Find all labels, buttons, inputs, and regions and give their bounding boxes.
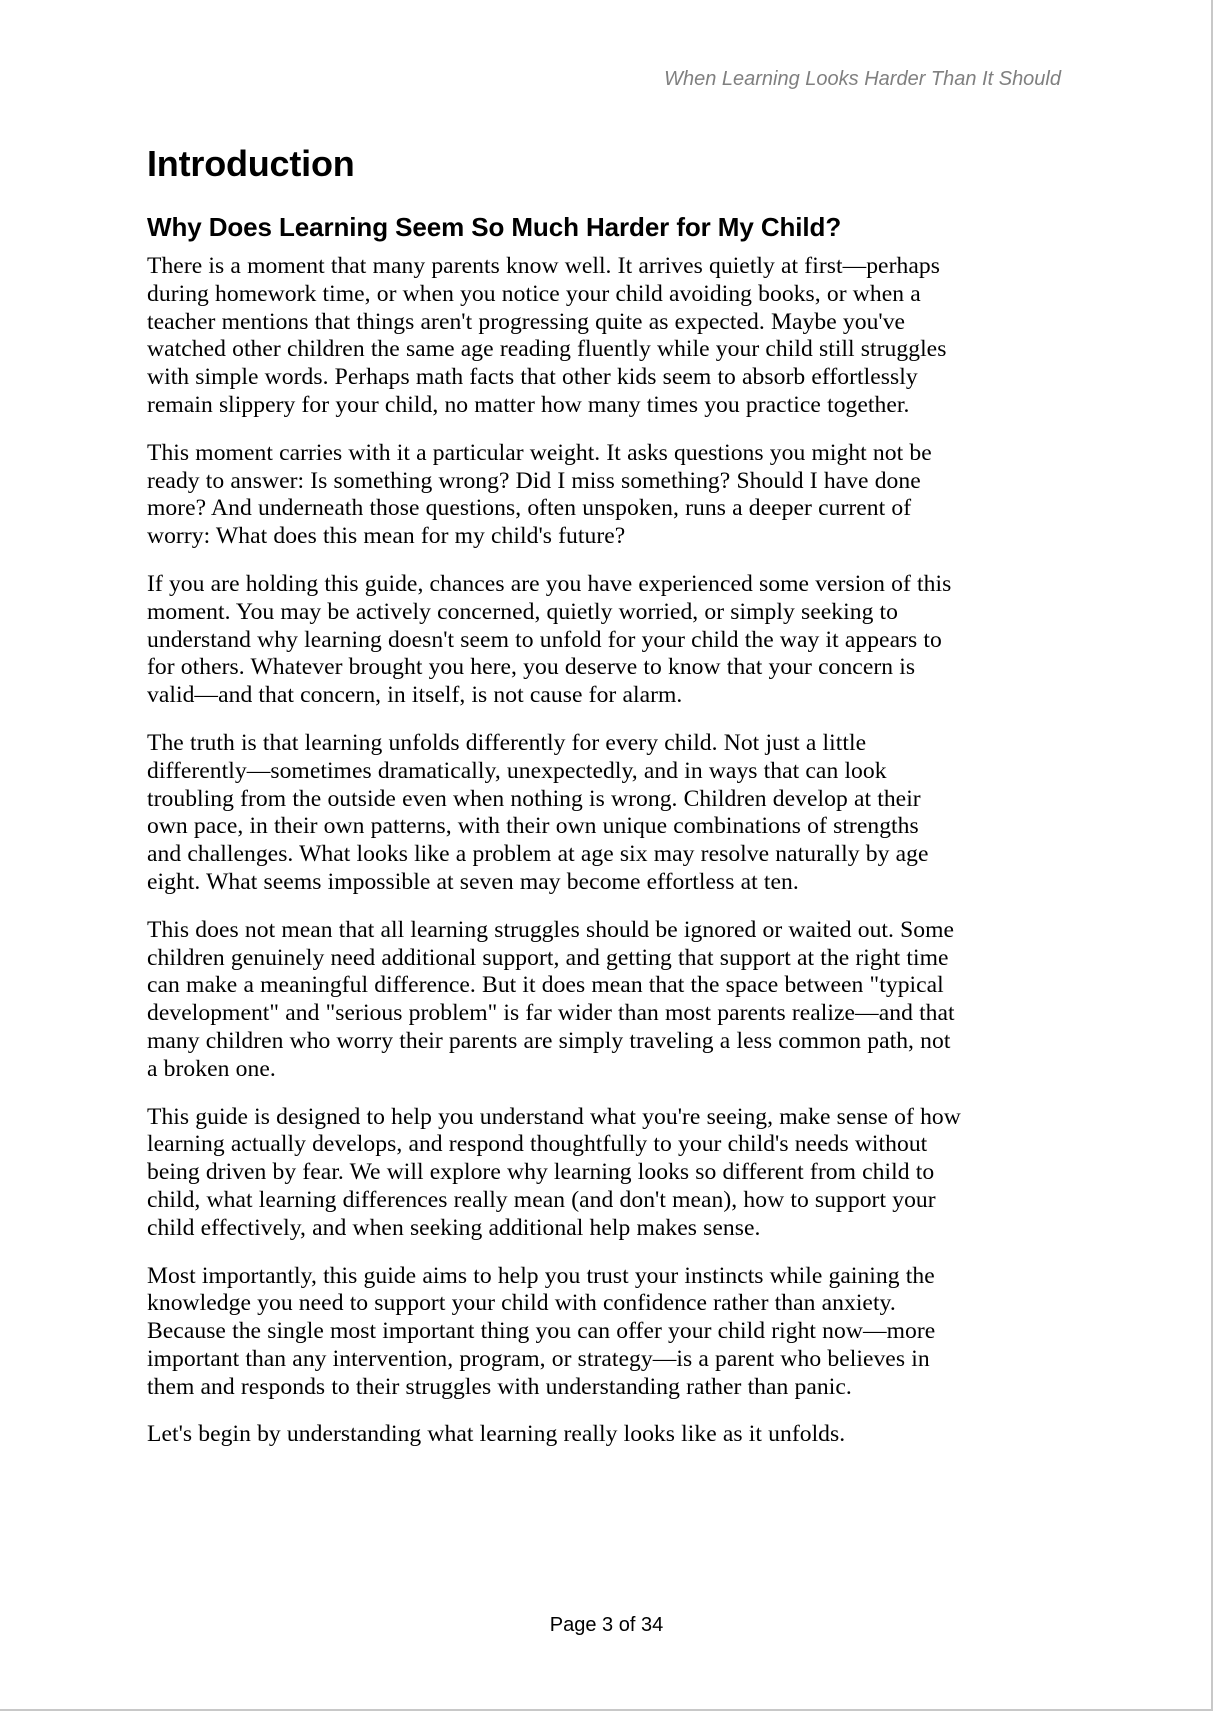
text-line: This guide is designed to help you under… [147,1104,1077,1132]
text-line: This moment carries with it a particular… [147,440,1077,468]
text-line: This does not mean that all learning str… [147,917,1077,945]
text-line: knowledge you need to support your child… [147,1290,1077,1318]
text-line: children genuinely need additional suppo… [147,945,1077,973]
paragraph-3: If you are holding this guide, chances a… [147,571,1077,710]
text-line: Most importantly, this guide aims to hel… [147,1263,1077,1291]
text-line: teacher mentions that things aren't prog… [147,309,1077,337]
text-line: moment. You may be actively concerned, q… [147,599,1077,627]
paragraph-8: Let's begin by understanding what learni… [147,1421,1077,1449]
text-line: The truth is that learning unfolds diffe… [147,730,1077,758]
text-line: learning actually develops, and respond … [147,1131,1077,1159]
text-line: troubling from the outside even when not… [147,786,1077,814]
section-heading: Why Does Learning Seem So Much Harder fo… [147,210,1077,244]
text-line: child effectively, and when seeking addi… [147,1215,1077,1243]
paragraph-5: This does not mean that all learning str… [147,917,1077,1084]
chapter-title: Introduction [147,140,1077,188]
paragraph-6: This guide is designed to help you under… [147,1104,1077,1243]
document-page: When Learning Looks Harder Than It Shoul… [0,0,1213,1711]
text-line: watched other children the same age read… [147,336,1077,364]
text-line: many children who worry their parents ar… [147,1028,1077,1056]
text-line: own pace, in their own patterns, with th… [147,813,1077,841]
text-line: development" and "serious problem" is fa… [147,1000,1077,1028]
text-line: There is a moment that many parents know… [147,253,1077,281]
paragraph-7: Most importantly, this guide aims to hel… [147,1263,1077,1402]
text-line: them and responds to their struggles wit… [147,1374,1077,1402]
text-line: child, what learning differences really … [147,1187,1077,1215]
text-line: with simple words. Perhaps math facts th… [147,364,1077,392]
text-line: a broken one. [147,1056,1077,1084]
text-line: important than any intervention, program… [147,1346,1077,1374]
text-line: more? And underneath those questions, of… [147,495,1077,523]
paragraph-4: The truth is that learning unfolds diffe… [147,730,1077,897]
text-line: eight. What seems impossible at seven ma… [147,869,1077,897]
paragraph-2: This moment carries with it a particular… [147,440,1077,551]
text-line: remain slippery for your child, no matte… [147,392,1077,420]
page-content: Introduction Why Does Learning Seem So M… [147,140,1077,1449]
page-number: Page 3 of 34 [0,1614,1213,1637]
text-line: being driven by fear. We will explore wh… [147,1159,1077,1187]
text-line: and challenges. What looks like a proble… [147,841,1077,869]
text-line: Because the single most important thing … [147,1318,1077,1346]
text-line: can make a meaningful difference. But it… [147,972,1077,1000]
text-line: Let's begin by understanding what learni… [147,1421,1077,1449]
text-line: ready to answer: Is something wrong? Did… [147,468,1077,496]
text-line: worry: What does this mean for my child'… [147,523,1077,551]
paragraph-1: There is a moment that many parents know… [147,253,1077,420]
text-line: differently—sometimes dramatically, unex… [147,758,1077,786]
text-line: valid—and that concern, in itself, is no… [147,682,1077,710]
running-header: When Learning Looks Harder Than It Shoul… [664,68,1061,91]
text-line: understand why learning doesn't seem to … [147,627,1077,655]
text-line: for others. Whatever brought you here, y… [147,654,1077,682]
text-line: If you are holding this guide, chances a… [147,571,1077,599]
text-line: during homework time, or when you notice… [147,281,1077,309]
